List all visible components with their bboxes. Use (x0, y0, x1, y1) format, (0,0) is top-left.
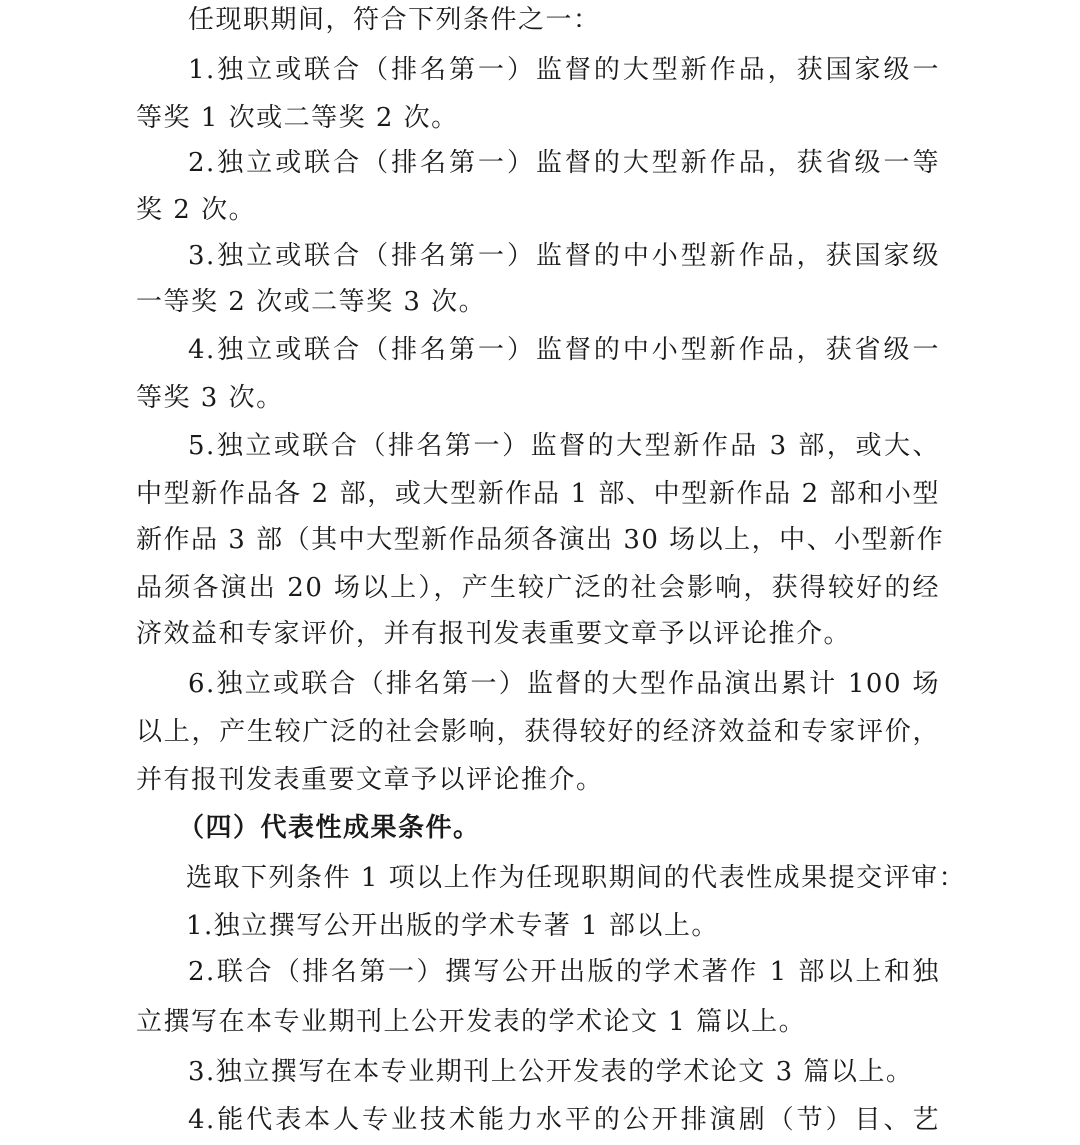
achievement-4-line-1: 4.能代表本人专业技术能力水平的公开排演剧（节）目、艺 (188, 1100, 940, 1140)
condition-6-line-3: 并有报刊发表重要文章予以评论推介。 (136, 760, 940, 800)
achievement-2-line-2: 立撰写在本专业期刊上公开发表的学术论文 1 篇以上。 (136, 1002, 940, 1042)
section-heading: （四）代表性成果条件。 (178, 808, 982, 848)
document-page: 任现职期间，符合下列条件之一： 1.独立或联合（排名第一）监督的大型新作品，获国… (0, 0, 1080, 1145)
achievement-1-line: 1.独立撰写公开出版的学术专著 1 部以上。 (186, 906, 940, 946)
condition-5-line-5: 济效益和专家评价，并有报刊发表重要文章予以评论推介。 (136, 614, 940, 654)
condition-5-line-3: 新作品 3 部（其中大型新作品须各演出 30 场以上，中、小型新作 (136, 520, 940, 560)
intro-line: 任现职期间，符合下列条件之一： (188, 0, 940, 40)
condition-2-line-1: 2.独立或联合（排名第一）监督的大型新作品，获省级一等 (188, 143, 940, 183)
section-intro-line: 选取下列条件 1 项以上作为任现职期间的代表性成果提交评审： (186, 858, 940, 898)
achievement-2-line-1: 2.联合（排名第一）撰写公开出版的学术著作 1 部以上和独 (188, 952, 940, 992)
condition-2-line-2: 奖 2 次。 (136, 190, 940, 230)
condition-5-line-4: 品须各演出 20 场以上），产生较广泛的社会影响，获得较好的经 (136, 568, 940, 608)
condition-4-line-1: 4.独立或联合（排名第一）监督的中小型新作品，获省级一 (188, 330, 940, 370)
achievement-3-line: 3.独立撰写在本专业期刊上公开发表的学术论文 3 篇以上。 (188, 1052, 940, 1092)
condition-5-line-2: 中型新作品各 2 部，或大型新作品 1 部、中型新作品 2 部和小型 (136, 474, 940, 514)
condition-3-line-2: 一等奖 2 次或二等奖 3 次。 (136, 282, 940, 322)
condition-1-line-1: 1.独立或联合（排名第一）监督的大型新作品，获国家级一 (188, 50, 940, 90)
condition-1-line-2: 等奖 1 次或二等奖 2 次。 (136, 98, 940, 138)
condition-6-line-1: 6.独立或联合（排名第一）监督的大型作品演出累计 100 场 (188, 664, 940, 704)
condition-3-line-1: 3.独立或联合（排名第一）监督的中小型新作品，获国家级 (188, 236, 940, 276)
condition-5-line-1: 5.独立或联合（排名第一）监督的大型新作品 3 部，或大、 (188, 426, 940, 466)
condition-6-line-2: 以上，产生较广泛的社会影响，获得较好的经济效益和专家评价， (136, 712, 940, 752)
condition-4-line-2: 等奖 3 次。 (136, 378, 940, 418)
